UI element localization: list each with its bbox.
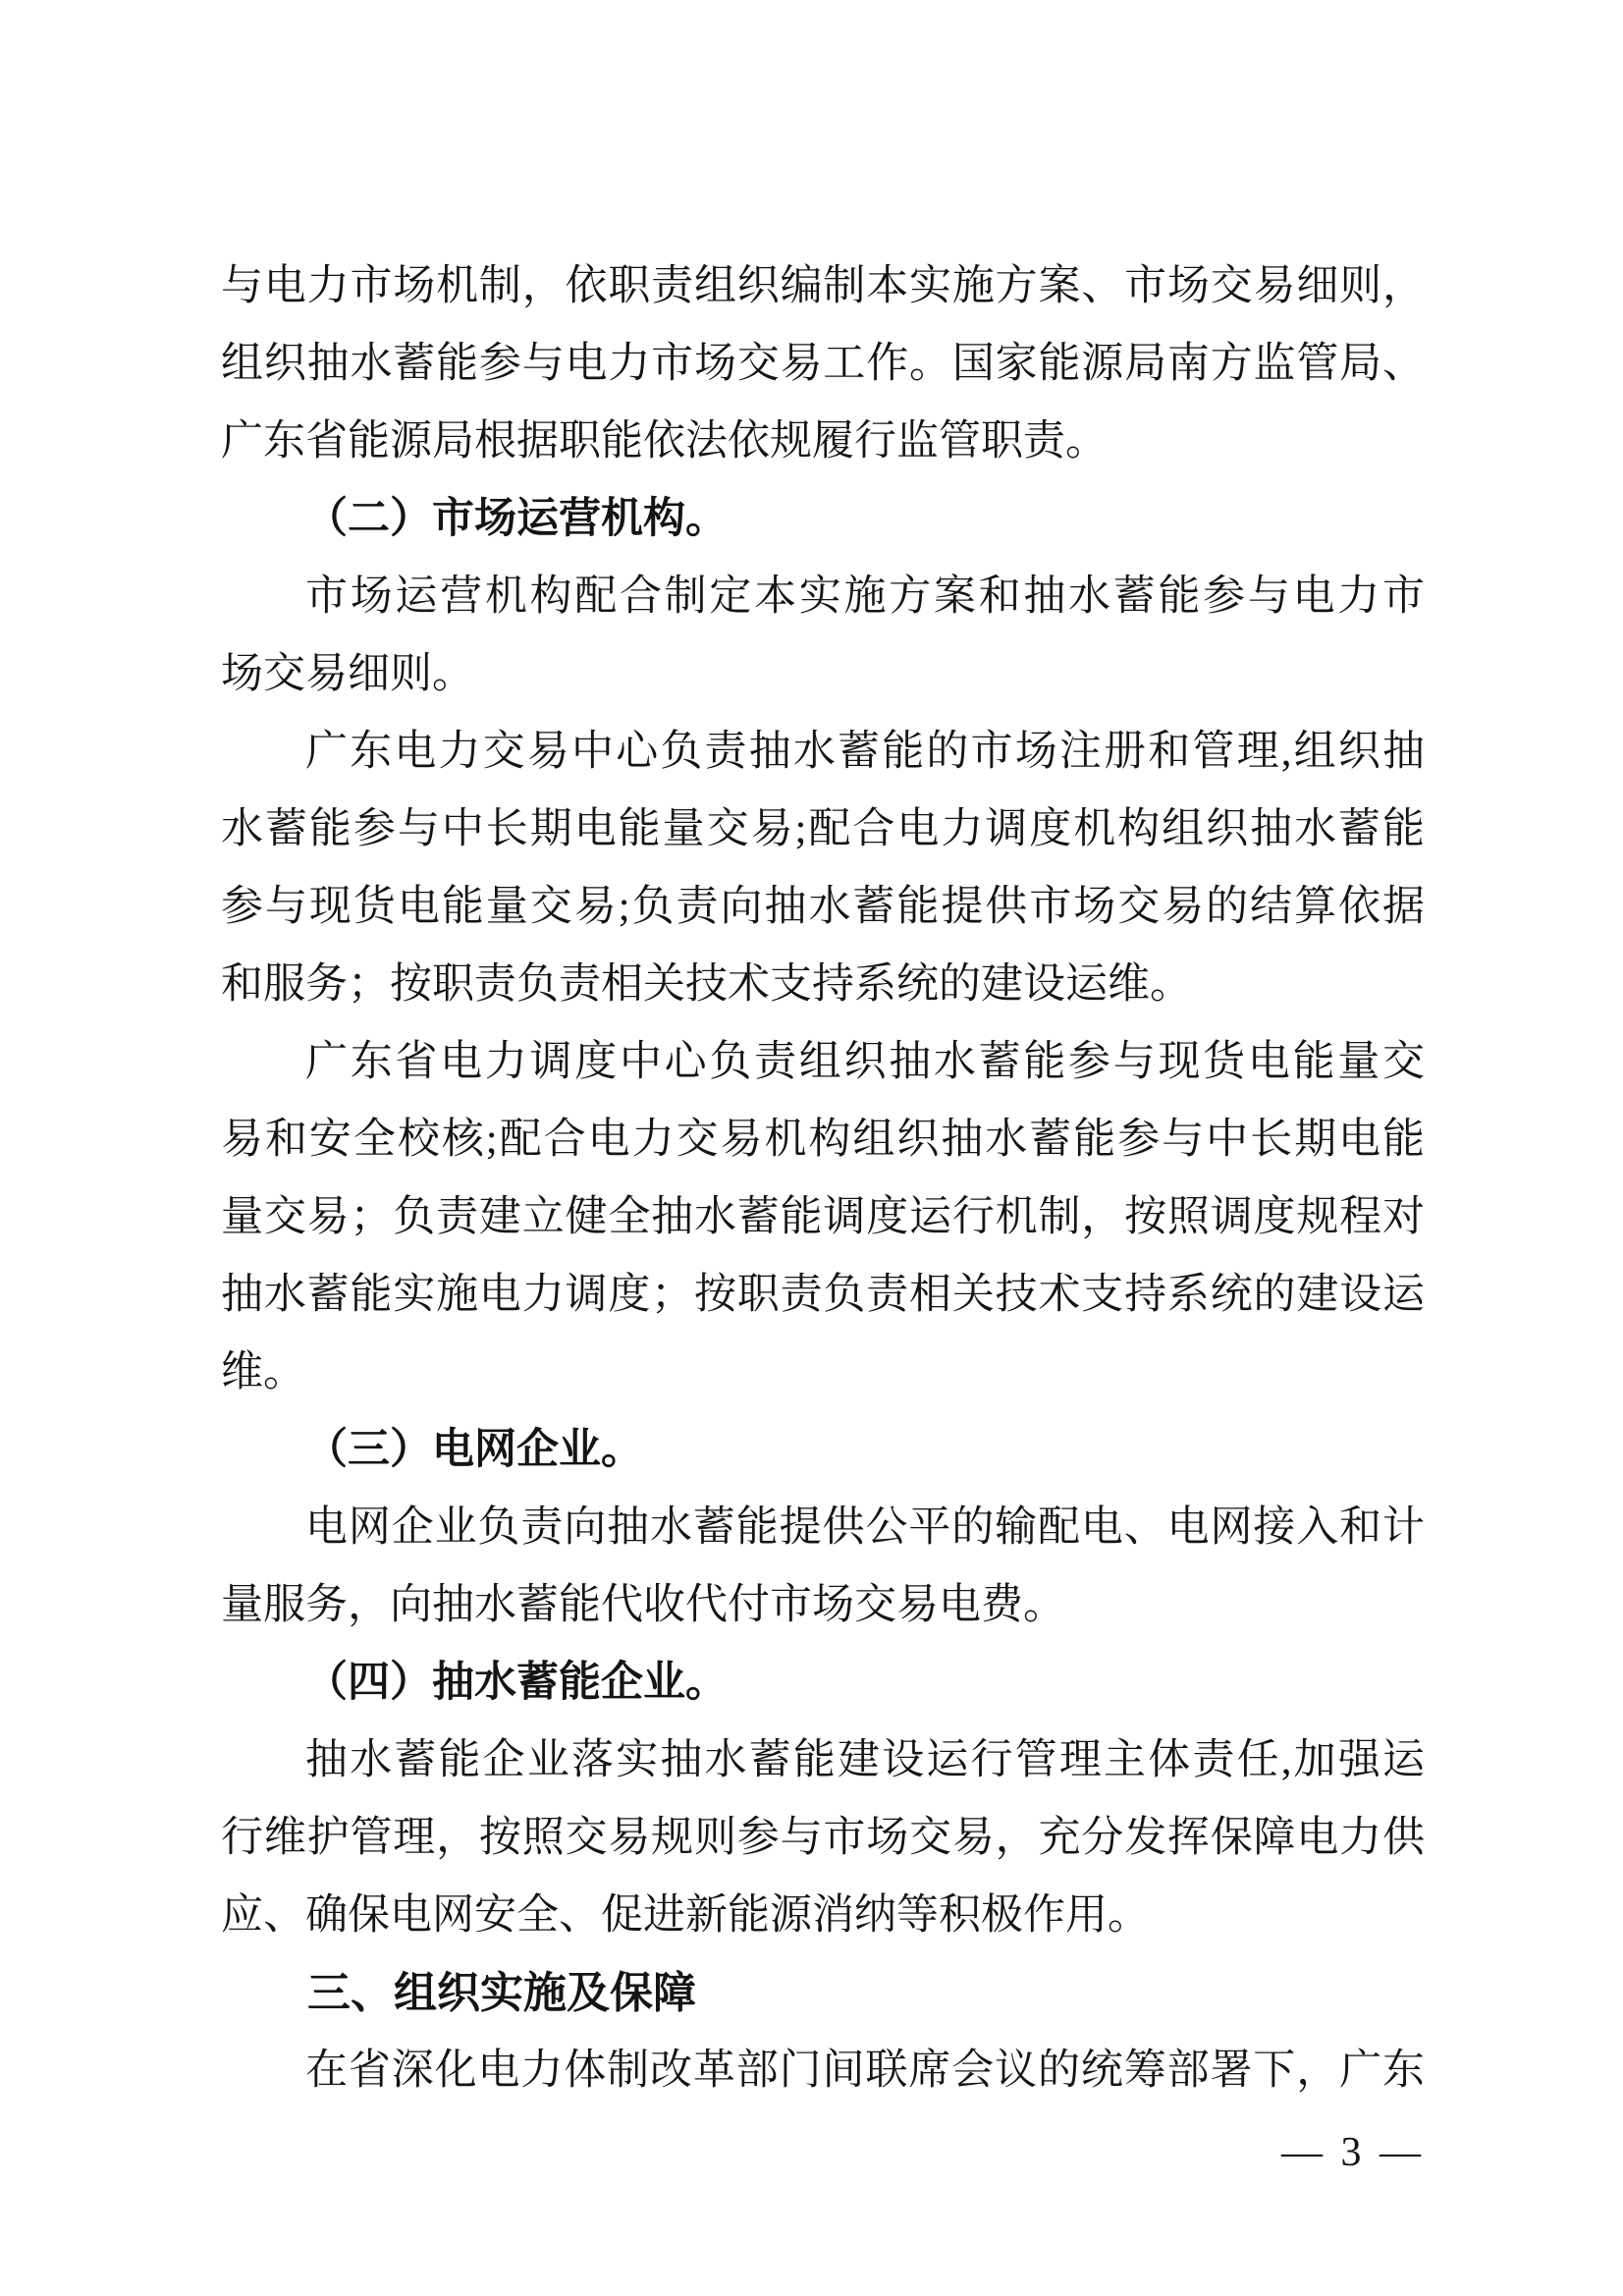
text-line: 易和安全校核;配合电力交易机构组织抽水蓄能参与中长期电能 <box>221 1101 1425 1178</box>
document-page: 与电力市场机制，依职责组织编制本实施方案、市场交易细则， 组织抽水蓄能参与电力市… <box>0 0 1623 2296</box>
text-line: 水蓄能参与中长期电能量交易;配合电力调度机构组织抽水蓄能 <box>221 791 1425 868</box>
text-line: 应、确保电网安全、促进新能源消纳等积极作用。 <box>221 1877 1425 1954</box>
text-line: 和服务；按职责负责相关技术支持系统的建设运维。 <box>221 946 1425 1023</box>
text-line: 场交易细则。 <box>221 635 1425 713</box>
text-line: 广东省电力调度中心负责组织抽水蓄能参与现货电能量交 <box>221 1023 1425 1101</box>
subsection-heading-3: （三）电网企业。 <box>221 1411 1425 1489</box>
text-line: 维。 <box>221 1334 1425 1411</box>
section-heading-3: 三、组织实施及保障 <box>221 1954 1425 2032</box>
page-number: — 3 — <box>1281 2123 1425 2182</box>
text-line: 抽水蓄能实施电力调度；按职责负责相关技术支持系统的建设运 <box>221 1256 1425 1334</box>
text-line: 量交易；负责建立健全抽水蓄能调度运行机制，按照调度规程对 <box>221 1178 1425 1256</box>
text-line: 参与现货电能量交易;负责向抽水蓄能提供市场交易的结算依据 <box>221 868 1425 946</box>
text-line: 组织抽水蓄能参与电力市场交易工作。国家能源局南方监管局、 <box>221 325 1425 403</box>
text-line: 电网企业负责向抽水蓄能提供公平的输配电、电网接入和计 <box>221 1489 1425 1566</box>
document-body: 与电力市场机制，依职责组织编制本实施方案、市场交易细则， 组织抽水蓄能参与电力市… <box>221 247 1425 2109</box>
text-line: 市场运营机构配合制定本实施方案和抽水蓄能参与电力市 <box>221 558 1425 635</box>
text-line: 行维护管理，按照交易规则参与市场交易，充分发挥保障电力供 <box>221 1799 1425 1877</box>
text-line: 在省深化电力体制改革部门间联席会议的统筹部署下，广东 <box>221 2032 1425 2109</box>
subsection-heading-4: （四）抽水蓄能企业。 <box>221 1644 1425 1722</box>
text-line: 抽水蓄能企业落实抽水蓄能建设运行管理主体责任,加强运 <box>221 1722 1425 1799</box>
text-line: 量服务，向抽水蓄能代收代付市场交易电费。 <box>221 1566 1425 1644</box>
text-line: 与电力市场机制，依职责组织编制本实施方案、市场交易细则， <box>221 247 1425 325</box>
text-line: 广东电力交易中心负责抽水蓄能的市场注册和管理,组织抽 <box>221 713 1425 791</box>
subsection-heading-2: （二）市场运营机构。 <box>221 480 1425 558</box>
text-line: 广东省能源局根据职能依法依规履行监管职责。 <box>221 403 1425 480</box>
